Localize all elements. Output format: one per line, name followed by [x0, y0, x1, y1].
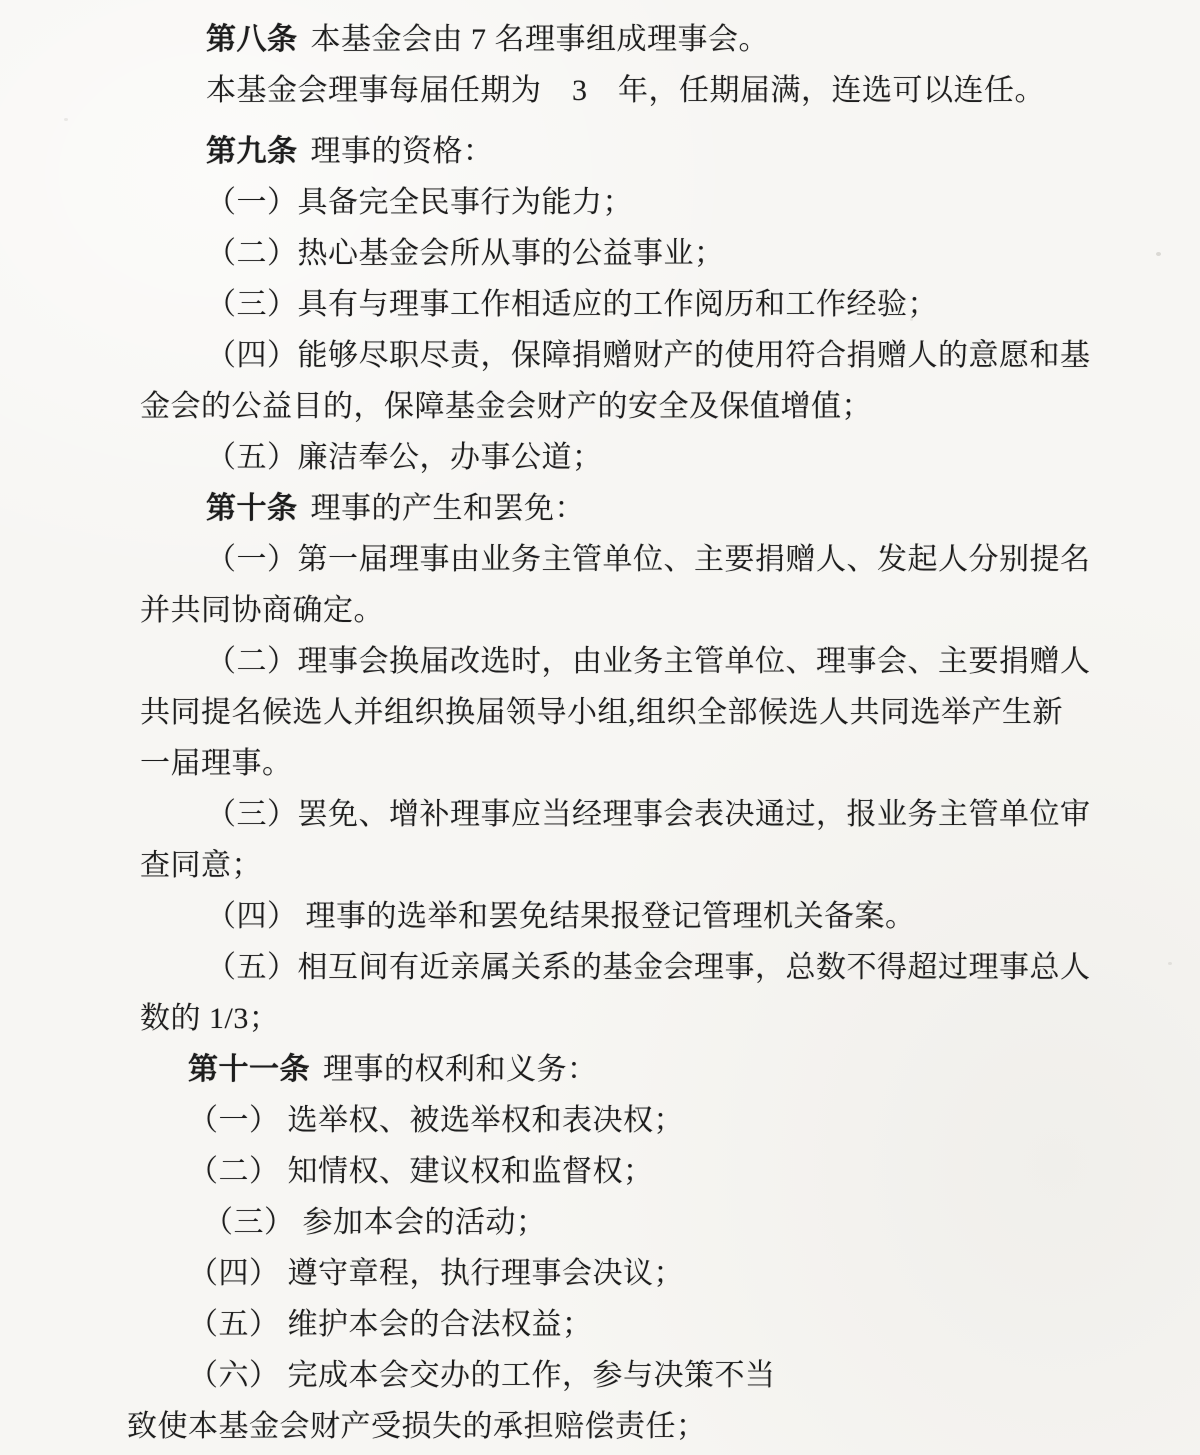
line-text: （二） 知情权、建议权和监督权； [188, 1155, 654, 1188]
line-text: （二）热心基金会所从事的公益事业； [206, 237, 725, 270]
line-text: 数的 1/3； [140, 1002, 279, 1035]
article-number-label: 第九条 [206, 135, 298, 168]
article-heading: 第八条本基金会由 7 名理事组成理事会。 [0, 14, 1200, 65]
article-heading: 第十一条理事的权利和义务： [0, 1044, 1200, 1095]
line-text: （五） 维护本会的合法权益； [188, 1308, 593, 1341]
text-line: 查同意； [0, 840, 1200, 891]
text-line: （六） 完成本会交办的工作，参与决策不当 [0, 1350, 1200, 1401]
text-line: 一届理事。 [0, 738, 1200, 789]
line-text: 理事的资格： [311, 135, 494, 168]
article-heading: 第九条理事的资格： [0, 126, 1200, 177]
text-line: 数的 1/3； [0, 993, 1200, 1044]
line-text: 本基金会理事每届任期为 3 年，任期届满，连选可以连任。 [206, 74, 1045, 107]
text-line: （四）能够尽职尽责，保障捐赠财产的使用符合捐赠人的意愿和基 [0, 330, 1200, 381]
line-text: 本基金会由 7 名理事组成理事会。 [311, 23, 770, 56]
article-heading: 第十条理事的产生和罢免： [0, 483, 1200, 534]
text-line: （五） 维护本会的合法权益； [0, 1299, 1200, 1350]
line-text: （一）具备完全民事行为能力； [206, 186, 633, 219]
line-text: 理事的权利和义务： [323, 1053, 598, 1086]
text-line: 本基金会理事每届任期为 3 年，任期届满，连选可以连任。 [0, 65, 1200, 116]
text-line: （二）热心基金会所从事的公益事业； [0, 228, 1200, 279]
line-text: 共同提名候选人并组织换届领导小组,组织全部候选人共同选举产生新 [140, 696, 1063, 729]
text-line: （五）相互间有近亲属关系的基金会理事，总数不得超过理事总人 [0, 942, 1200, 993]
text-line: （一） 选举权、被选举权和表决权； [0, 1095, 1200, 1146]
line-text: （五）相互间有近亲属关系的基金会理事，总数不得超过理事总人 [206, 951, 1091, 984]
line-text: （四） 理事的选举和罢免结果报登记管理机关备案。 [206, 900, 916, 933]
line-text: （五）廉洁奉公，办事公道； [206, 441, 603, 474]
article-number-label: 第十一条 [188, 1053, 310, 1086]
text-line: 共同提名候选人并组织换届领导小组,组织全部候选人共同选举产生新 [0, 687, 1200, 738]
line-text: 理事的产生和罢免： [311, 492, 586, 525]
text-line: （三）罢免、增补理事应当经理事会表决通过，报业务主管单位审 [0, 789, 1200, 840]
line-text: （六） 完成本会交办的工作，参与决策不当 [188, 1359, 776, 1392]
text-line: 金会的公益目的，保障基金会财产的安全及保值增值； [0, 381, 1200, 432]
article-number-label: 第八条 [206, 23, 298, 56]
line-text: （三） 参加本会的活动； [203, 1206, 547, 1239]
document-page: 第八条本基金会由 7 名理事组成理事会。 本基金会理事每届任期为 3 年，任期届… [0, 0, 1200, 1455]
line-text: 查同意； [140, 849, 262, 882]
text-line: （二） 知情权、建议权和监督权； [0, 1146, 1200, 1197]
text-line: （四） 遵守章程，执行理事会决议； [0, 1248, 1200, 1299]
line-text: 金会的公益目的，保障基金会财产的安全及保值增值； [140, 390, 872, 423]
line-text: 致使本基金会财产受损失的承担赔偿责任； [127, 1410, 707, 1443]
line-text: （四） 遵守章程，执行理事会决议； [188, 1257, 684, 1290]
text-line: 并共同协商确定。 [0, 585, 1200, 636]
scan-speck [1168, 962, 1172, 965]
line-text: 一届理事。 [140, 747, 293, 780]
line-text: （四）能够尽职尽责，保障捐赠财产的使用符合捐赠人的意愿和基 [206, 339, 1091, 372]
scan-speck [910, 318, 913, 321]
text-line: （三） 参加本会的活动； [0, 1197, 1200, 1248]
line-text: （三）罢免、增补理事应当经理事会表决通过，报业务主管单位审 [206, 798, 1091, 831]
text-line: （一）具备完全民事行为能力； [0, 177, 1200, 228]
line-text: （一）第一届理事由业务主管单位、主要捐赠人、发起人分别提名 [206, 543, 1091, 576]
text-line: （一）第一届理事由业务主管单位、主要捐赠人、发起人分别提名 [0, 534, 1200, 585]
article-number-label: 第十条 [206, 492, 298, 525]
text-line: （二）理事会换届改选时，由业务主管单位、理事会、主要捐赠人 [0, 636, 1200, 687]
text-line: （五）廉洁奉公，办事公道； [0, 432, 1200, 483]
line-text: （三）具有与理事工作相适应的工作阅历和工作经验； [206, 288, 938, 321]
text-line: （三）具有与理事工作相适应的工作阅历和工作经验； [0, 279, 1200, 330]
line-text: 并共同协商确定。 [140, 594, 384, 627]
line-text: （二）理事会换届改选时，由业务主管单位、理事会、主要捐赠人 [206, 645, 1091, 678]
document-body: 第八条本基金会由 7 名理事组成理事会。 本基金会理事每届任期为 3 年，任期届… [0, 0, 1200, 1452]
text-line: 致使本基金会财产受损失的承担赔偿责任； [0, 1401, 1200, 1452]
text-line: （四） 理事的选举和罢免结果报登记管理机关备案。 [0, 891, 1200, 942]
scan-speck [64, 118, 68, 121]
scan-speck [1156, 252, 1161, 256]
line-text: （一） 选举权、被选举权和表决权； [188, 1104, 684, 1137]
